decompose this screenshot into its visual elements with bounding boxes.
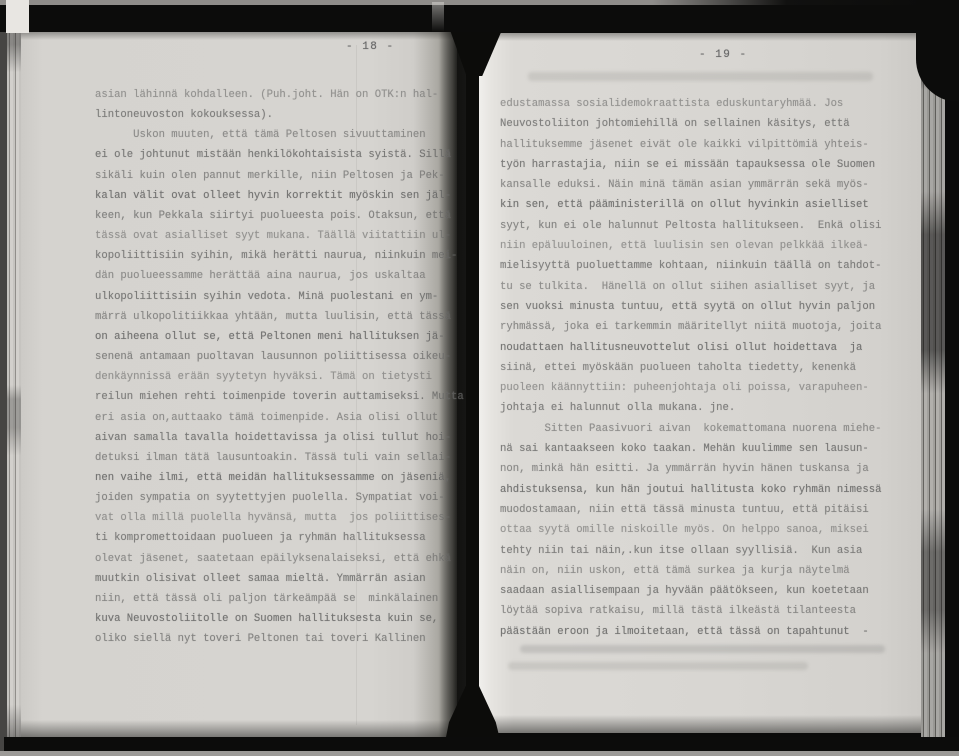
text-line: dän puolueessamme herättää aina naurua, … bbox=[95, 266, 450, 286]
text-line: saadaan asiallisempaan ja hyvään päätöks… bbox=[500, 581, 903, 601]
text-line: aivan samalla tavalla hoidettavissa ja o… bbox=[95, 428, 450, 448]
text-line: Neuvostoliiton johtomiehillä on sellaine… bbox=[500, 114, 903, 134]
text-line: niin epäluuloinen, että luulisin sen ole… bbox=[500, 236, 903, 256]
text-line: tehty niin tai näin,.kun itse ollaan syy… bbox=[500, 541, 903, 561]
text-line: työn harrastajia, niin se ei missään tap… bbox=[500, 155, 903, 175]
text-line: non, minkä hän esitti. Ja ymmärrän hyvin… bbox=[500, 459, 903, 479]
scan-edge-right bbox=[945, 0, 959, 752]
text-line: kuva Neuvostoliitolle on Suomen hallituk… bbox=[95, 609, 450, 629]
page-number-right: - 19 - bbox=[699, 49, 748, 61]
text-line: Sitten Paasivuori aivan kokemattomana nu… bbox=[500, 419, 903, 439]
text-line: kalan välit ovat olleet hyvin korrektit … bbox=[95, 186, 450, 206]
text-line: puoleen käännyttiin: puheenjohtaja oli p… bbox=[500, 378, 903, 398]
text-line: lintoneuvoston kokouksessa). bbox=[95, 105, 450, 125]
text-line: noudattaen hallitusneuvottelut olisi oll… bbox=[500, 338, 903, 358]
text-line: Uskon muuten, että tämä Peltosen sivuutt… bbox=[95, 125, 450, 145]
text-line: hallituksemme jäsenet eivät ole kaikki v… bbox=[500, 135, 903, 155]
book-scan: - 18 - - 19 - asian lähinnä kohdalleen. … bbox=[0, 0, 959, 756]
scan-corner-top-left bbox=[6, 0, 29, 33]
text-line: tu se tulkita. Hänellä on ollut siihen a… bbox=[500, 277, 903, 297]
text-line: tässä ovat asialliset syyt mukana. Tääll… bbox=[95, 226, 450, 246]
text-line: ryhmässä, joka ei tarkemmin määritellyt … bbox=[500, 317, 903, 337]
text-line: on aiheena ollut se, että Peltonen meni … bbox=[95, 327, 450, 347]
text-line: siinä, ettei myöskään puolueen taholta t… bbox=[500, 358, 903, 378]
bleed-through-mark bbox=[528, 72, 873, 81]
text-line: ahdistuksensa, kun hän joutui hallitusta… bbox=[500, 480, 903, 500]
text-line: ottaa syytä omille niskoille myös. On he… bbox=[500, 520, 903, 540]
text-line: mielisyyttä puoluettamme kohtaan, niinku… bbox=[500, 256, 903, 276]
text-line: sikäli kuin olen pannut merkille, niin P… bbox=[95, 166, 450, 186]
book-spine bbox=[466, 28, 479, 751]
text-line: vat olla millä puolella hyvänsä, mutta j… bbox=[95, 508, 450, 528]
body-text-left: asian lähinnä kohdalleen. (Puh.joht. Hän… bbox=[98, 85, 450, 649]
scan-edge-left bbox=[0, 0, 7, 756]
scan-border-bottom-strip bbox=[0, 751, 959, 756]
text-line: sen vuoksi minusta tuntuu, että syytä on… bbox=[500, 297, 903, 317]
text-line: senenä antamaan puoltavan lausunnon poli… bbox=[95, 347, 450, 367]
bleed-through-mark bbox=[520, 645, 885, 653]
body-text-right: edustamassa sosialidemokraattista edusku… bbox=[503, 94, 903, 642]
text-line: oliko siellä nyt toveri Peltonen tai tov… bbox=[95, 629, 450, 649]
page-stack-right-edge bbox=[921, 18, 948, 740]
text-line: kin sen, että pääministerillä on ollut h… bbox=[500, 195, 903, 215]
text-line: ei ole johtunut mistään henkilökohtaisis… bbox=[95, 145, 450, 165]
text-line: märrä ulkopolitiikkaa yhtään, mutta luul… bbox=[95, 307, 450, 327]
text-line: ti kompromettoidaan puolueen ja ryhmän h… bbox=[95, 528, 450, 548]
text-line: reilun miehen rehti toimenpide toverin a… bbox=[95, 387, 450, 407]
text-line: eri asia on,auttaako tämä toimenpide. As… bbox=[95, 408, 450, 428]
text-line: keen, kun Pekkala siirtyi puolueesta poi… bbox=[95, 206, 450, 226]
bleed-through-mark bbox=[508, 662, 808, 670]
text-line: nä sai kantaakseen koko taakan. Mehän ku… bbox=[500, 439, 903, 459]
text-line: ulkopoliittisiin syihin vedota. Minä puo… bbox=[95, 287, 450, 307]
text-line: johtaja ei halunnut olla mukana. jne. bbox=[500, 398, 903, 418]
scan-border-top bbox=[0, 5, 959, 32]
text-line: olevat jäsenet, saatetaan epäilyksenalai… bbox=[95, 549, 450, 569]
text-line: näin on, niin uskon, että tämä surkea ja… bbox=[500, 561, 903, 581]
text-line: joiden sympatia on syytettyjen puolella.… bbox=[95, 488, 450, 508]
text-line: nen vaihe ilmi, että meidän hallituksess… bbox=[95, 468, 450, 488]
text-line: edustamassa sosialidemokraattista edusku… bbox=[500, 94, 903, 114]
text-line: kopoliittisiin syihin, mikä herätti naur… bbox=[95, 246, 450, 266]
text-line: kansalle eduksi. Näin minä tämän asian y… bbox=[500, 175, 903, 195]
text-line: asian lähinnä kohdalleen. (Puh.joht. Hän… bbox=[95, 85, 450, 105]
text-line: niin, että tässä oli paljon tärkeämpää s… bbox=[95, 589, 450, 609]
text-line: löytää sopiva ratkaisu, millä tästä ilke… bbox=[500, 601, 903, 621]
text-line: denkäynnissä erään syytetyn hyväksi. Täm… bbox=[95, 367, 450, 387]
text-line: detuksi ilman tätä lausuntoakin. Tässä t… bbox=[95, 448, 450, 468]
text-line: muutkin olisivat olleet samaa mieltä. Ym… bbox=[95, 569, 450, 589]
text-line: muodostamaan, niin että tässä minusta tu… bbox=[500, 500, 903, 520]
spine-top-highlight bbox=[432, 2, 444, 32]
text-line: päästään eroon ja ilmoitetaan, että täss… bbox=[500, 622, 903, 642]
page-number-left: - 18 - bbox=[346, 41, 395, 53]
text-line: syyt, kun ei ole halunnut Peltosta halli… bbox=[500, 216, 903, 236]
scan-border-bottom bbox=[4, 737, 959, 752]
